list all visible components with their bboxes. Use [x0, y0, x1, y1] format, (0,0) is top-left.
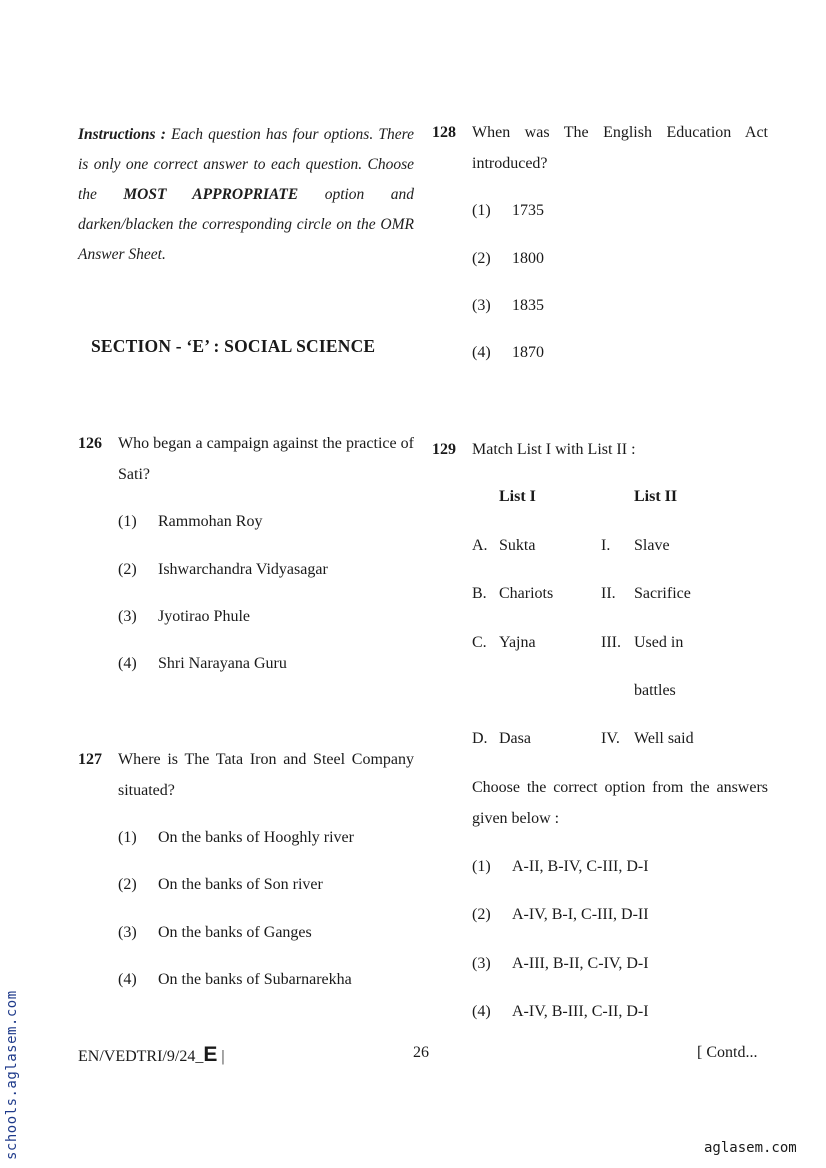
- question-stem: Where is The Tata Iron and Steel Company…: [118, 744, 414, 806]
- question-number: 128: [432, 117, 472, 179]
- list-2-item-continued: battles: [634, 682, 676, 700]
- question-129: 129 Match List I with List II :: [432, 434, 768, 465]
- option-127-2: (2)On the banks of Son river: [118, 876, 323, 894]
- list-2-item: Used in: [634, 634, 683, 652]
- option-127-1: (1)On the banks of Hooghly river: [118, 829, 354, 847]
- page-number: 26: [413, 1044, 429, 1062]
- option-128-3: (3)1835: [472, 297, 544, 315]
- list-2-item: Well said: [634, 730, 694, 748]
- list-1-item: Chariots: [499, 585, 553, 603]
- option-127-3: (3)On the banks of Ganges: [118, 924, 312, 942]
- question-stem: Match List I with List II :: [472, 434, 636, 465]
- option-129-4: (4)A-IV, B-III, C-II, D-I: [472, 1003, 649, 1021]
- option-129-3: (3)A-III, B-II, C-IV, D-I: [472, 955, 649, 973]
- question-number: 126: [78, 428, 118, 490]
- list-1-item: Yajna: [499, 634, 536, 652]
- list-1-key: C.: [472, 634, 487, 652]
- question-stem: When was The English Education Act intro…: [472, 117, 768, 179]
- list-2-item: Sacrifice: [634, 585, 691, 603]
- paper-set-letter: E: [203, 1043, 217, 1066]
- instructions: Instructions : Each question has four op…: [78, 120, 414, 270]
- option-127-4: (4)On the banks of Subarnarekha: [118, 971, 352, 989]
- continued-label: [ Contd...: [697, 1044, 757, 1062]
- question-stem: Who began a campaign against the practic…: [118, 428, 414, 490]
- question-127: 127 Where is The Tata Iron and Steel Com…: [78, 744, 414, 806]
- question-number: 127: [78, 744, 118, 806]
- instructions-emphasis: MOST APPROPRIATE: [123, 186, 298, 203]
- list-1-key: A.: [472, 537, 488, 555]
- list-2-key: III.: [601, 634, 621, 652]
- question-128: 128 When was The English Education Act i…: [432, 117, 768, 179]
- choose-instruction: Choose the correct option from the answe…: [472, 772, 768, 834]
- option-128-4: (4)1870: [472, 344, 544, 362]
- section-title: SECTION - ‘E’ : SOCIAL SCIENCE: [91, 336, 375, 357]
- option-128-2: (2)1800: [472, 250, 544, 268]
- list-2-key: I.: [601, 537, 610, 555]
- question-number: 129: [432, 434, 472, 465]
- option-128-1: (1)1735: [472, 202, 544, 220]
- bottom-watermark: aglasem.com: [704, 1140, 797, 1156]
- list-2-header: List II: [634, 488, 677, 506]
- option-129-2: (2)A-IV, B-I, C-III, D-II: [472, 906, 649, 924]
- option-126-1: (1)Rammohan Roy: [118, 513, 262, 531]
- paper-code: EN/VEDTRI/9/24_E |: [78, 1043, 225, 1067]
- side-watermark: schools.aglasem.com: [4, 990, 20, 1160]
- instructions-prefix: Instructions :: [78, 126, 171, 143]
- list-1-key: B.: [472, 585, 487, 603]
- list-2-key: II.: [601, 585, 616, 603]
- option-126-2: (2)Ishwarchandra Vidyasagar: [118, 561, 328, 579]
- list-2-key: IV.: [601, 730, 620, 748]
- list-1-key: D.: [472, 730, 488, 748]
- option-126-4: (4)Shri Narayana Guru: [118, 655, 287, 673]
- list-1-item: Dasa: [499, 730, 531, 748]
- question-126: 126 Who began a campaign against the pra…: [78, 428, 414, 490]
- list-1-item: Sukta: [499, 537, 535, 555]
- list-2-item: Slave: [634, 537, 670, 555]
- option-126-3: (3)Jyotirao Phule: [118, 608, 250, 626]
- list-1-header: List I: [499, 488, 536, 506]
- option-129-1: (1)A-II, B-IV, C-III, D-I: [472, 858, 649, 876]
